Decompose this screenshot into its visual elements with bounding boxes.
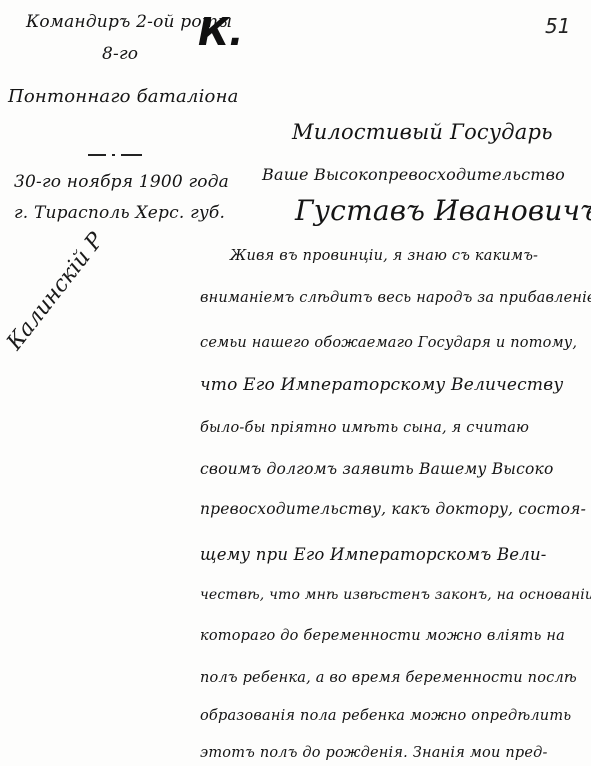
body-line-4: что Его Императорскому Величеству [200,375,563,395]
letter-place: г. Тирасполь Херс. губ. [14,203,225,223]
marginal-signature: Калинскій Р [2,228,109,355]
body-line-3: семьи нашего обожаемаго Государя и потом… [200,335,577,351]
salutation-addressee: Густавъ Ивановичъ, [295,194,591,227]
salutation-line-2: Ваше Высокопревосходительство [262,165,565,184]
handwritten-mark: К. [198,10,244,54]
header-battalion-line: Понтоннаго баталіона [8,86,239,107]
body-line-8: щему при Его Императорскомъ Вели- [200,545,547,564]
letter-date: 30-го ноября 1900 года [14,172,229,192]
document-page: 51 Командиръ 2-ой роты 8-го К. Понтоннаг… [0,0,591,766]
body-line-11: полъ ребенка, а во время беременности по… [200,670,577,686]
body-line-12: образованія пола ребенка можно опредѣлит… [200,708,571,724]
salutation-line-1: Милостивый Государь [292,120,553,144]
body-line-6: своимъ долгомъ заявить Вашему Высоко [200,460,554,478]
body-line-9: чествѣ, что мнѣ извѣстенъ законъ, на осн… [200,587,591,603]
separator-dash [88,149,142,161]
header-ordinal-line: 8-го [102,44,138,64]
body-line-13: этотъ полъ до рожденія. Знанія мои пред- [200,745,548,761]
body-line-5: было-бы пріятно имѣть сына, я считаю [200,420,529,436]
body-line-1: Живя въ провинціи, я знаю съ какимъ- [230,248,538,264]
body-line-2: вниманіемъ слѣдитъ весь народъ за прибав… [200,290,591,306]
folio-number: 51 [545,14,570,38]
body-line-7: превосходительству, какъ доктору, состоя… [200,500,586,518]
body-line-10: котораго до беременности можно вліять на [200,628,565,644]
